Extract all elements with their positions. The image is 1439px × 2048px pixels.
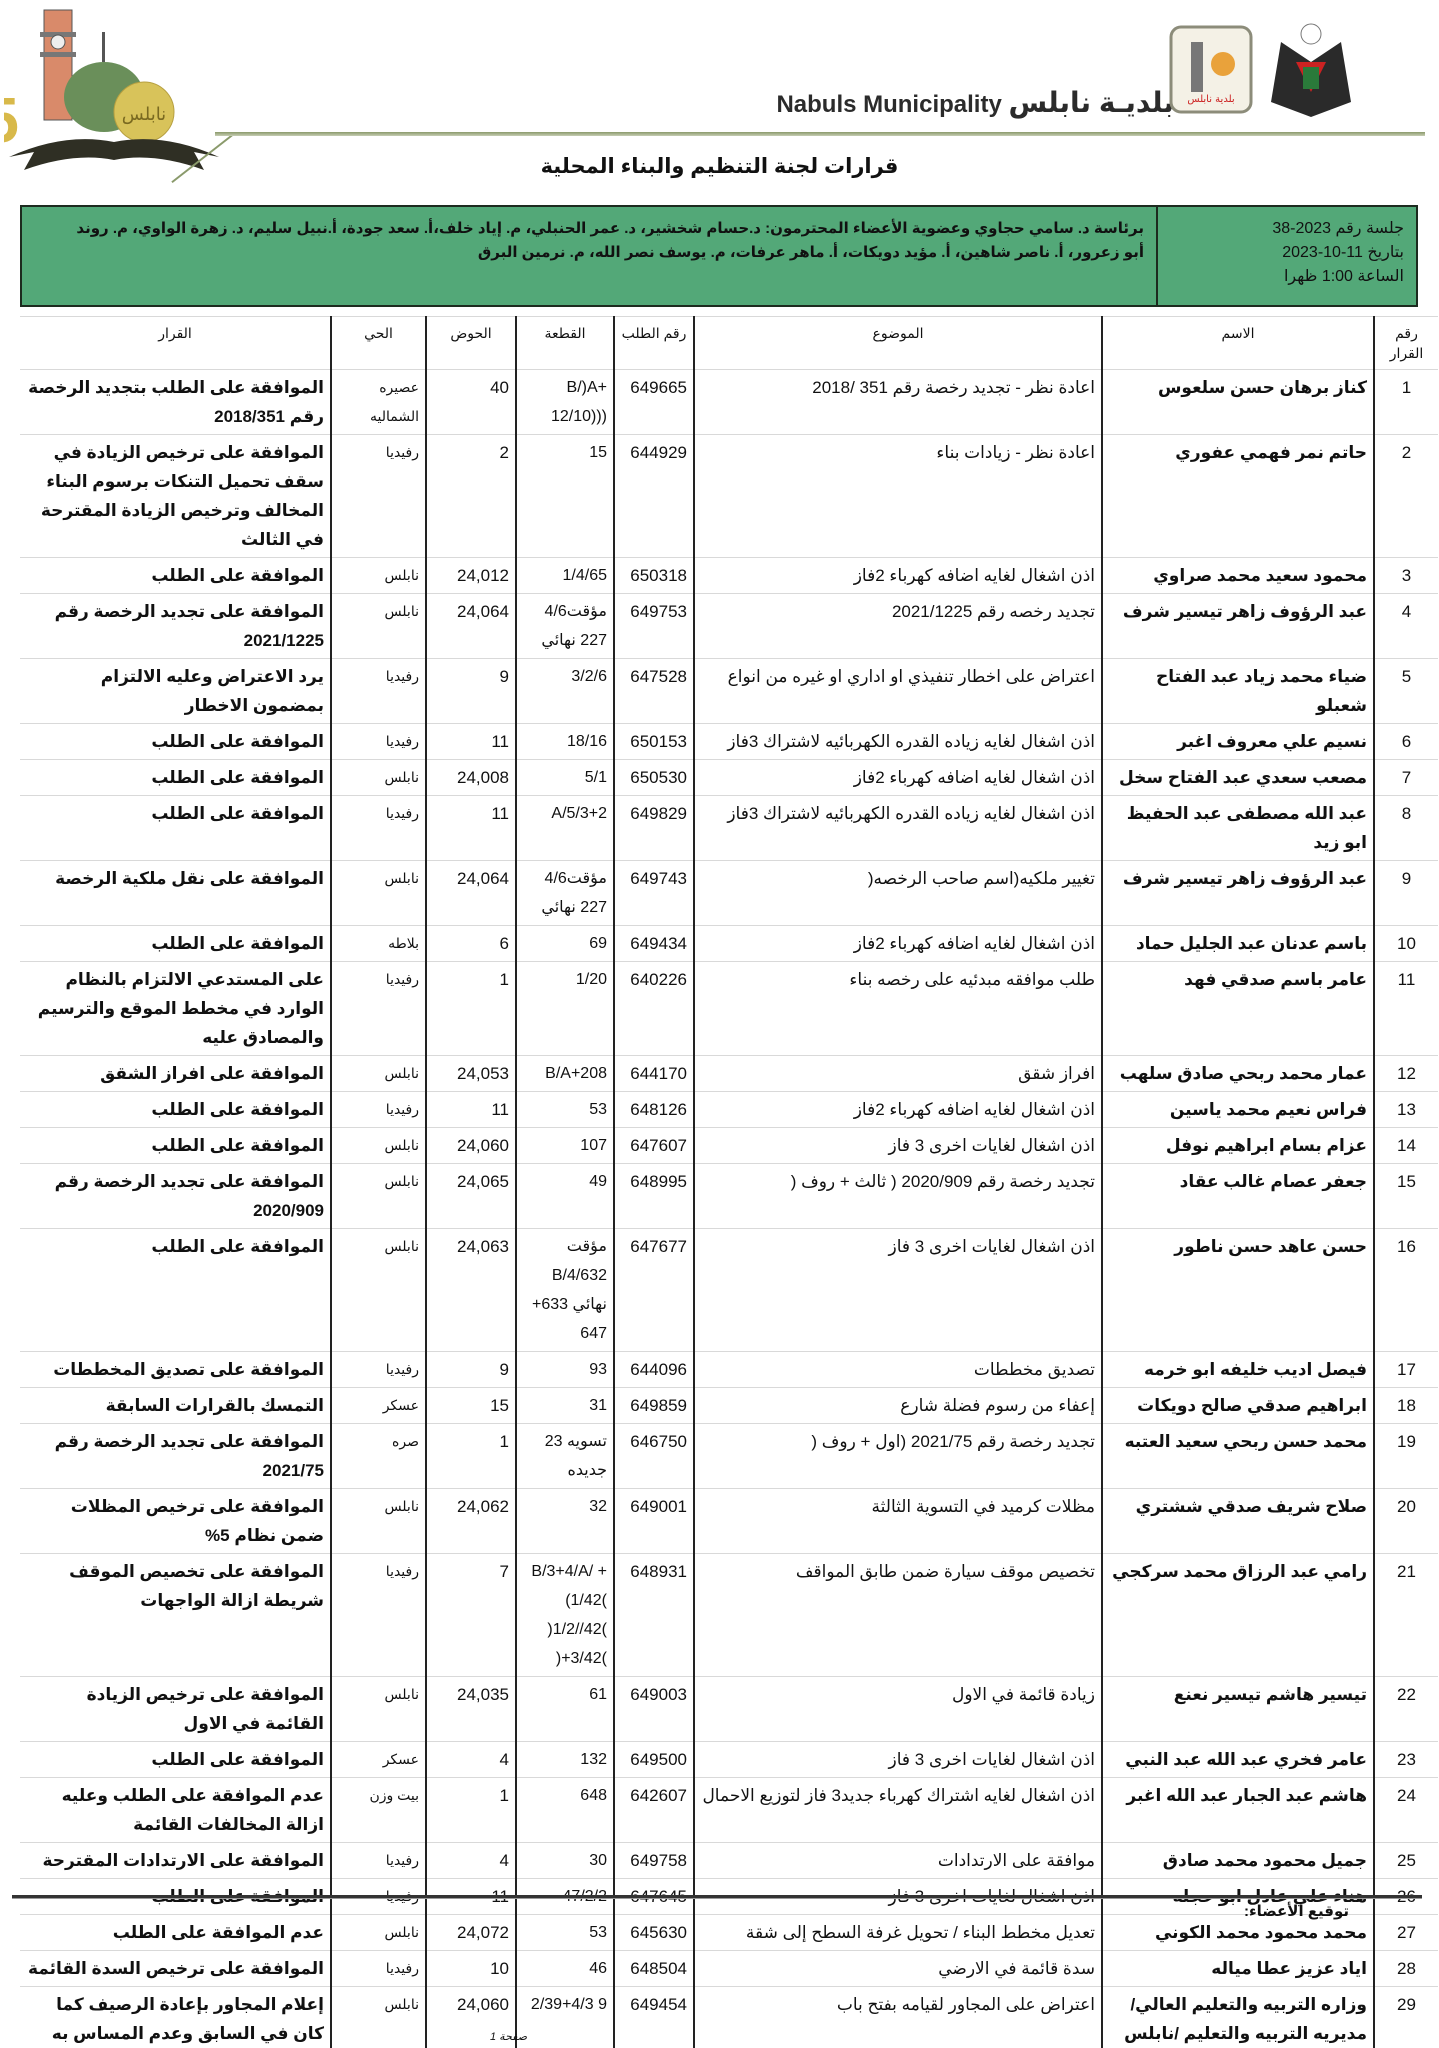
table-header-row: رقم القرار الاسم الموضوع رقم الطلب القطع… (20, 317, 1438, 370)
decision-no: 22 (1374, 1677, 1438, 1742)
applicant-name: عامر باسم صدقي فهد (1102, 962, 1374, 1056)
committee-decision: عدم الموافقة على الطلب (20, 1915, 331, 1951)
neighborhood: رفيديا (331, 659, 426, 724)
table-row: 20 صلاح شريف صدقي ششتري مظلات كرميد في ا… (20, 1489, 1438, 1554)
request-number: 646750 (614, 1424, 694, 1489)
nablus-150-logo-icon: 15 نابلس (4, 2, 224, 177)
decision-no: 28 (1374, 1951, 1438, 1987)
committee-decision: الموافقة على الطلب (20, 926, 331, 962)
basin-number: 9 (426, 659, 516, 724)
neighborhood: رفيديا (331, 724, 426, 760)
plot-number: 69 (516, 926, 614, 962)
applicant-name: هاشم عبد الجبار عبد الله اغبر (1102, 1778, 1374, 1843)
table-row: 2 حاتم نمر فهمي عفوري اعادة نظر - زيادات… (20, 435, 1438, 558)
page-number: صفحة 1 (490, 2030, 527, 2043)
table-row: 15 جعفر عصام غالب عقاد تجديد رخصة رقم 20… (20, 1164, 1438, 1229)
basin-number: 1 (426, 962, 516, 1056)
decision-no: 13 (1374, 1092, 1438, 1128)
applicant-name: باسم عدنان عبد الجليل حماد (1102, 926, 1374, 962)
basin-number: 24,064 (426, 861, 516, 926)
request-subject: اذن اشغال لغايه اشتراك كهرباء جديد3 فاز … (694, 1778, 1102, 1843)
basin-number: 15 (426, 1388, 516, 1424)
request-number: 649434 (614, 926, 694, 962)
request-number: 648504 (614, 1951, 694, 1987)
request-subject: اذن اشغال لغايه اضافه كهرباء 2فاز (694, 1092, 1102, 1128)
municipality-name-en: Nabuls Municipality (776, 91, 1001, 118)
applicant-name: ضياء محمد زياد عبد الفتاح شعبلو (1102, 659, 1374, 724)
request-number: 649454 (614, 1987, 694, 2048)
neighborhood: نابلس (331, 558, 426, 594)
table-row: 28 اياد عزيز عطا مياله سدة قائمة في الار… (20, 1951, 1438, 1987)
decision-no: 23 (1374, 1742, 1438, 1778)
table-row: 17 فيصل اديب خليفه ابو خرمه تصديق مخططات… (20, 1352, 1438, 1388)
header-neighborhood: الحي (331, 317, 426, 370)
footer-divider (12, 1895, 1422, 1899)
basin-number: 7 (426, 1554, 516, 1677)
plot-number: 4/6مؤقت 227 نهائي (516, 594, 614, 659)
members-line-2: أبو زعرور، أ. ناصر شاهين، أ. مؤيد دويكات… (34, 241, 1144, 265)
basin-number: 11 (426, 724, 516, 760)
table-row: 27 محمد محمود محمد الكوني تعديل مخطط الب… (20, 1915, 1438, 1951)
request-number: 649001 (614, 1489, 694, 1554)
decision-no: 12 (1374, 1056, 1438, 1092)
document-title: قرارات لجنة التنظيم والبناء المحلية (0, 154, 1439, 179)
applicant-name: عبد الرؤوف زاهر تيسير شرف (1102, 594, 1374, 659)
applicant-name: عمار محمد ربحي صادق سلهب (1102, 1056, 1374, 1092)
neighborhood: بلاطه (331, 926, 426, 962)
committee-decision: الموافقة على تصديق المخططات (20, 1352, 331, 1388)
applicant-name: عزام بسام ابراهيم نوفل (1102, 1128, 1374, 1164)
table-row: 1 كناز برهان حسن سلعوس اعادة نظر - تجديد… (20, 370, 1438, 435)
basin-number: 24,064 (426, 594, 516, 659)
plot-number: 32 (516, 1489, 614, 1554)
basin-number: 24,063 (426, 1229, 516, 1352)
basin-number: 24,060 (426, 1128, 516, 1164)
neighborhood: رفيديا (331, 1092, 426, 1128)
table-row: 23 عامر فخري عبد الله عبد النبي اذن اشغا… (20, 1742, 1438, 1778)
applicant-name: حاتم نمر فهمي عفوري (1102, 435, 1374, 558)
table-row: 29 وزاره التربيه والتعليم العالي/ مديريه… (20, 1987, 1438, 2048)
basin-number: 4 (426, 1742, 516, 1778)
committee-decision: إعلام المجاور بإعادة الرصيف كما كان في ا… (20, 1987, 331, 2048)
request-subject: تجديد رخصة رقم 2021/75 (اول + روف ( (694, 1424, 1102, 1489)
decision-no: 17 (1374, 1352, 1438, 1388)
plot-number: 31 (516, 1388, 614, 1424)
request-subject: تجديد رخصه رقم 2021/1225 (694, 594, 1102, 659)
request-number: 649003 (614, 1677, 694, 1742)
plot-number: 1/20 (516, 962, 614, 1056)
request-number: 648995 (614, 1164, 694, 1229)
neighborhood: رفيديا (331, 1951, 426, 1987)
neighborhood: نابلس (331, 1056, 426, 1092)
header-name: الاسم (1102, 317, 1374, 370)
applicant-name: مصعب سعدي عبد الفتاح سخل (1102, 760, 1374, 796)
applicant-name: اياد عزيز عطا مياله (1102, 1951, 1374, 1987)
request-number: 650318 (614, 558, 694, 594)
request-subject: سدة قائمة في الارضي (694, 1951, 1102, 1987)
svg-text:نابلس: نابلس (122, 104, 166, 125)
committee-decision: الموافقة على الطلب (20, 760, 331, 796)
plot-number: 53 (516, 1915, 614, 1951)
table-row: 5 ضياء محمد زياد عبد الفتاح شعبلو اعتراض… (20, 659, 1438, 724)
request-subject: اذن اشغال لغايات اخرى 3 فاز (694, 1128, 1102, 1164)
request-subject: اذن اشغال لغايه اضافه كهرباء 2فاز (694, 760, 1102, 796)
decision-no: 6 (1374, 724, 1438, 760)
committee-decision: الموافقة على تجديد الرخصة رقم 2021/75 (20, 1424, 331, 1489)
request-subject: اذن اشغال لغايات اخرى 3 فاز (694, 1229, 1102, 1352)
neighborhood: نابلس (331, 1677, 426, 1742)
neighborhood: عسكر (331, 1742, 426, 1778)
request-subject: اذن اشغال لغايات اخرى 3 فاز (694, 1742, 1102, 1778)
request-number: 649665 (614, 370, 694, 435)
applicant-name: محمود سعيد محمد صراوي (1102, 558, 1374, 594)
request-number: 644170 (614, 1056, 694, 1092)
applicant-name: كناز برهان حسن سلعوس (1102, 370, 1374, 435)
decision-no: 4 (1374, 594, 1438, 659)
table-row: 7 مصعب سعدي عبد الفتاح سخل اذن اشغال لغا… (20, 760, 1438, 796)
request-number: 649500 (614, 1742, 694, 1778)
plot-number: 2/39+4/3 9 (516, 1987, 614, 2048)
decision-no: 20 (1374, 1489, 1438, 1554)
basin-number: 1 (426, 1778, 516, 1843)
table-row: 10 باسم عدنان عبد الجليل حماد اذن اشغال … (20, 926, 1438, 962)
request-subject: طلب موافقه مبدئيه على رخصه بناء (694, 962, 1102, 1056)
applicant-name: عبد الرؤوف زاهر تيسير شرف (1102, 861, 1374, 926)
basin-number: 11 (426, 1092, 516, 1128)
request-subject: تغيير ملكيه(اسم صاحب الرخصه( (694, 861, 1102, 926)
committee-decision: الموافقة على ترخيص الزيادة القائمة في ال… (20, 1677, 331, 1742)
committee-decision: الموافقة على ترخيص الزيادة في سقف تحميل … (20, 435, 331, 558)
members-signature-label: توقيع الأعضاء: (1244, 1902, 1349, 1920)
request-number: 642607 (614, 1778, 694, 1843)
applicant-name: عبد الله مصطفى عبد الحفيظ ابو زيد (1102, 796, 1374, 861)
request-number: 649743 (614, 861, 694, 926)
committee-decision: الموافقة على الطلب (20, 1092, 331, 1128)
committee-decision: الموافقة على تخصيص الموقف شريطة ازالة ال… (20, 1554, 331, 1677)
header-subject: الموضوع (694, 317, 1102, 370)
header-decision-no: رقم القرار (1374, 317, 1438, 370)
session-date: بتاريخ 11-10-2023 (1170, 241, 1404, 265)
municipality-seals-icon: بلدية نابلس (1161, 22, 1421, 122)
request-number: 644096 (614, 1352, 694, 1388)
request-subject: افراز شقق (694, 1056, 1102, 1092)
request-subject: اذن اشغال لغايه زياده القدره الكهربائيه … (694, 796, 1102, 861)
basin-number: 40 (426, 370, 516, 435)
request-number: 647677 (614, 1229, 694, 1352)
committee-decision: الموافقة على الطلب (20, 1128, 331, 1164)
decision-no: 21 (1374, 1554, 1438, 1677)
request-number: 648126 (614, 1092, 694, 1128)
request-subject: مظلات كرميد في التسوية الثالثة (694, 1489, 1102, 1554)
request-number: 640226 (614, 962, 694, 1056)
decision-no: 25 (1374, 1843, 1438, 1879)
committee-decision: الموافقة على ترخيص السدة القائمة (20, 1951, 331, 1987)
plot-number: 30 (516, 1843, 614, 1879)
request-subject: إعفاء من رسوم فضلة شارع (694, 1388, 1102, 1424)
svg-text:بلدية نابلس: بلدية نابلس (1187, 94, 1234, 105)
neighborhood: نابلس (331, 1164, 426, 1229)
applicant-name: نسيم علي معروف اغبر (1102, 724, 1374, 760)
request-subject: اذن اشغال لغايه اضافه كهرباء 2فاز (694, 558, 1102, 594)
neighborhood: رفيديا (331, 1843, 426, 1879)
basin-number: 11 (426, 796, 516, 861)
applicant-name: فراس نعيم محمد ياسين (1102, 1092, 1374, 1128)
neighborhood: نابلس (331, 760, 426, 796)
committee-decision: الموافقة على الطلب (20, 1742, 331, 1778)
neighborhood: رفيديا (331, 1352, 426, 1388)
request-subject: زيادة قائمة في الاول (694, 1677, 1102, 1742)
plot-number: 46 (516, 1951, 614, 1987)
plot-number: A/5/3+2 (516, 796, 614, 861)
decision-no: 11 (1374, 962, 1438, 1056)
basin-number: 6 (426, 926, 516, 962)
plot-number: B/)A+ 12/10))) (516, 370, 614, 435)
committee-decision: الموافقة على الطلب (20, 1229, 331, 1352)
request-subject: اعتراض على المجاور لقيامه بفتح باب (694, 1987, 1102, 2048)
municipality-name: Nabuls Municipality بلديـة نابلس (776, 86, 1174, 119)
neighborhood: نابلس (331, 1915, 426, 1951)
basin-number: 9 (426, 1352, 516, 1388)
decision-no: 1 (1374, 370, 1438, 435)
committee-decision: عدم الموافقة على الطلب وعليه ازالة المخا… (20, 1778, 331, 1843)
session-info-box: جلسة رقم 2023-38 بتاريخ 11-10-2023 الساع… (20, 205, 1418, 307)
neighborhood: رفيديا (331, 796, 426, 861)
committee-decision: الموافقة على افراز الشقق (20, 1056, 331, 1092)
neighborhood: بيت وزن (331, 1778, 426, 1843)
decision-no: 18 (1374, 1388, 1438, 1424)
committee-decision: الموافقة على الطلب بتجديد الرخصة رقم 201… (20, 370, 331, 435)
committee-decision: الموافقة على الطلب (20, 796, 331, 861)
table-row: 19 محمد حسن ربحي سعيد العتبه تجديد رخصة … (20, 1424, 1438, 1489)
request-number: 647528 (614, 659, 694, 724)
decision-no: 29 (1374, 1987, 1438, 2048)
table-row: 11 عامر باسم صدقي فهد طلب موافقه مبدئيه … (20, 962, 1438, 1056)
applicant-name: تيسير هاشم تيسير نعنع (1102, 1677, 1374, 1742)
applicant-name: ابراهيم صدقي صالح دويكات (1102, 1388, 1374, 1424)
plot-number: 23 تسويه جديده (516, 1424, 614, 1489)
table-row: 14 عزام بسام ابراهيم نوفل اذن اشغال لغاي… (20, 1128, 1438, 1164)
applicant-name: عامر فخري عبد الله عبد النبي (1102, 1742, 1374, 1778)
committee-decision: الموافقة على ترخيص المظلات ضمن نظام 5% (20, 1489, 331, 1554)
table-row: 3 محمود سعيد محمد صراوي اذن اشغال لغايه … (20, 558, 1438, 594)
table-row: 8 عبد الله مصطفى عبد الحفيظ ابو زيد اذن … (20, 796, 1438, 861)
request-subject: تخصيص موقف سيارة ضمن طابق المواقف (694, 1554, 1102, 1677)
decision-no: 8 (1374, 796, 1438, 861)
applicant-name: فيصل اديب خليفه ابو خرمه (1102, 1352, 1374, 1388)
committee-decision: على المستدعي الالتزام بالنظام الوارد في … (20, 962, 331, 1056)
plot-number: 49 (516, 1164, 614, 1229)
neighborhood: رفيديا (331, 962, 426, 1056)
plot-number: 61 (516, 1677, 614, 1742)
request-number: 648931 (614, 1554, 694, 1677)
applicant-name: رامي عبد الرزاق محمد سركجي (1102, 1554, 1374, 1677)
basin-number: 24,012 (426, 558, 516, 594)
request-number: 649753 (614, 594, 694, 659)
request-number: 649859 (614, 1388, 694, 1424)
decisions-table: رقم القرار الاسم الموضوع رقم الطلب القطع… (20, 316, 1438, 2048)
plot-number: 3/2/6 (516, 659, 614, 724)
request-subject: اذن اشغال لغايه اضافه كهرباء 2فاز (694, 926, 1102, 962)
request-number: 647607 (614, 1128, 694, 1164)
decision-no: 2 (1374, 435, 1438, 558)
request-number: 644929 (614, 435, 694, 558)
applicant-name: جميل محمود محمد صادق (1102, 1843, 1374, 1879)
request-subject: موافقة على الارتدادات (694, 1843, 1102, 1879)
basin-number: 24,062 (426, 1489, 516, 1554)
table-row: 22 تيسير هاشم تيسير نعنع زيادة قائمة في … (20, 1677, 1438, 1742)
svg-text:15: 15 (4, 84, 19, 156)
decision-no: 16 (1374, 1229, 1438, 1352)
applicant-name: وزاره التربيه والتعليم العالي/ مديريه ال… (1102, 1987, 1374, 2048)
basin-number: 24,065 (426, 1164, 516, 1229)
request-subject: اعادة نظر - زيادات بناء (694, 435, 1102, 558)
session-number: جلسة رقم 2023-38 (1170, 217, 1404, 241)
committee-decision: الموافقة على نقل ملكية الرخصة (20, 861, 331, 926)
basin-number: 24,008 (426, 760, 516, 796)
table-row: 25 جميل محمود محمد صادق موافقة على الارت… (20, 1843, 1438, 1879)
neighborhood: صره (331, 1424, 426, 1489)
committee-decision: الموافقة على الارتدادات المقترحة (20, 1843, 331, 1879)
committee-decision: الموافقة على تجديد الرخصة رقم 2021/1225 (20, 594, 331, 659)
plot-number: B/3+4/A/ +(1/42( )1/2//42( )+3/42( (516, 1554, 614, 1677)
neighborhood: عصيره الشماليه (331, 370, 426, 435)
plot-number: 15 (516, 435, 614, 558)
decision-no: 10 (1374, 926, 1438, 962)
basin-number: 10 (426, 1951, 516, 1987)
table-row: 24 هاشم عبد الجبار عبد الله اغبر اذن اشغ… (20, 1778, 1438, 1843)
plot-number: 93 (516, 1352, 614, 1388)
plot-number: 107 (516, 1128, 614, 1164)
request-number: 645630 (614, 1915, 694, 1951)
request-number: 649758 (614, 1843, 694, 1879)
plot-number: مؤقت B/4/632 +633 نهائي 647 (516, 1229, 614, 1352)
request-number: 650530 (614, 760, 694, 796)
applicant-name: حسن عاهد حسن ناطور (1102, 1229, 1374, 1352)
plot-number: 5/1 (516, 760, 614, 796)
basin-number: 1 (426, 1424, 516, 1489)
table-row: 9 عبد الرؤوف زاهر تيسير شرف تغيير ملكيه(… (20, 861, 1438, 926)
committee-decision: الموافقة على الطلب (20, 558, 331, 594)
neighborhood: عسكر (331, 1388, 426, 1424)
plot-number: 132 (516, 1742, 614, 1778)
basin-number: 24,053 (426, 1056, 516, 1092)
request-number: 650153 (614, 724, 694, 760)
table-row: 16 حسن عاهد حسن ناطور اذن اشغال لغايات ا… (20, 1229, 1438, 1352)
session-details: جلسة رقم 2023-38 بتاريخ 11-10-2023 الساع… (1156, 207, 1416, 305)
header-request-no: رقم الطلب (614, 317, 694, 370)
decision-no: 24 (1374, 1778, 1438, 1843)
decision-no: 19 (1374, 1424, 1438, 1489)
decision-no: 15 (1374, 1164, 1438, 1229)
header-divider (215, 132, 1425, 136)
neighborhood: نابلس (331, 1128, 426, 1164)
request-subject: اذن اشغال لغايه زياده القدره الكهربائيه … (694, 724, 1102, 760)
request-subject: اعادة نظر - تجديد رخصة رقم 351 /2018 (694, 370, 1102, 435)
request-subject: اعتراض على اخطار تنفيذي او اداري او غيره… (694, 659, 1102, 724)
neighborhood: نابلس (331, 1987, 426, 2048)
committee-members: برئاسة د. سامي حجاوي وعضوية الأعضاء المح… (22, 207, 1156, 305)
neighborhood: رفيديا (331, 435, 426, 558)
header-basin: الحوض (426, 317, 516, 370)
committee-decision: الموافقة على تجديد الرخصة رقم 2020/909 (20, 1164, 331, 1229)
neighborhood: نابلس (331, 594, 426, 659)
members-line-1: برئاسة د. سامي حجاوي وعضوية الأعضاء المح… (34, 217, 1144, 241)
header-plot: القطعة (516, 317, 614, 370)
basin-number: 4 (426, 1843, 516, 1879)
table-row: 18 ابراهيم صدقي صالح دويكات إعفاء من رسو… (20, 1388, 1438, 1424)
table-row: 12 عمار محمد ربحي صادق سلهب افراز شقق 64… (20, 1056, 1438, 1092)
decision-no: 14 (1374, 1128, 1438, 1164)
municipality-name-ar: بلديـة نابلس (1008, 87, 1174, 118)
table-row: 21 رامي عبد الرزاق محمد سركجي تخصيص موقف… (20, 1554, 1438, 1677)
plot-number: 18/16 (516, 724, 614, 760)
committee-decision: التمسك بالقرارات السابقة (20, 1388, 331, 1424)
table-row: 13 فراس نعيم محمد ياسين اذن اشغال لغايه … (20, 1092, 1438, 1128)
plot-number: 4/6مؤقت 227 نهائي (516, 861, 614, 926)
basin-number: 24,035 (426, 1677, 516, 1742)
header-decision: القرار (20, 317, 331, 370)
request-subject: تجديد رخصة رقم 2020/909 ( ثالث + روف ( (694, 1164, 1102, 1229)
committee-decision: الموافقة على الطلب (20, 724, 331, 760)
decision-no: 5 (1374, 659, 1438, 724)
neighborhood: رفيديا (331, 1554, 426, 1677)
applicant-name: محمد حسن ربحي سعيد العتبه (1102, 1424, 1374, 1489)
neighborhood: نابلس (331, 861, 426, 926)
neighborhood: نابلس (331, 1229, 426, 1352)
request-subject: تعديل مخطط البناء / تحويل غرفة السطح إلى… (694, 1915, 1102, 1951)
applicant-name: جعفر عصام غالب عقاد (1102, 1164, 1374, 1229)
basin-number: 2 (426, 435, 516, 558)
neighborhood: نابلس (331, 1489, 426, 1554)
basin-number: 24,072 (426, 1915, 516, 1951)
table-row: 4 عبد الرؤوف زاهر تيسير شرف تجديد رخصه ر… (20, 594, 1438, 659)
plot-number: 53 (516, 1092, 614, 1128)
plot-number: B/A+208 (516, 1056, 614, 1092)
table-row: 6 نسيم علي معروف اغبر اذن اشغال لغايه زي… (20, 724, 1438, 760)
committee-decision: يرد الاعتراض وعليه الالتزام بمضمون الاخط… (20, 659, 331, 724)
decision-no: 27 (1374, 1915, 1438, 1951)
decision-no: 9 (1374, 861, 1438, 926)
request-number: 649829 (614, 796, 694, 861)
applicant-name: صلاح شريف صدقي ششتري (1102, 1489, 1374, 1554)
plot-number: 1/4/65 (516, 558, 614, 594)
decision-no: 7 (1374, 760, 1438, 796)
session-time: الساعة 1:00 ظهرا (1170, 265, 1404, 289)
request-subject: تصديق مخططات (694, 1352, 1102, 1388)
plot-number: 648 (516, 1778, 614, 1843)
decision-no: 3 (1374, 558, 1438, 594)
